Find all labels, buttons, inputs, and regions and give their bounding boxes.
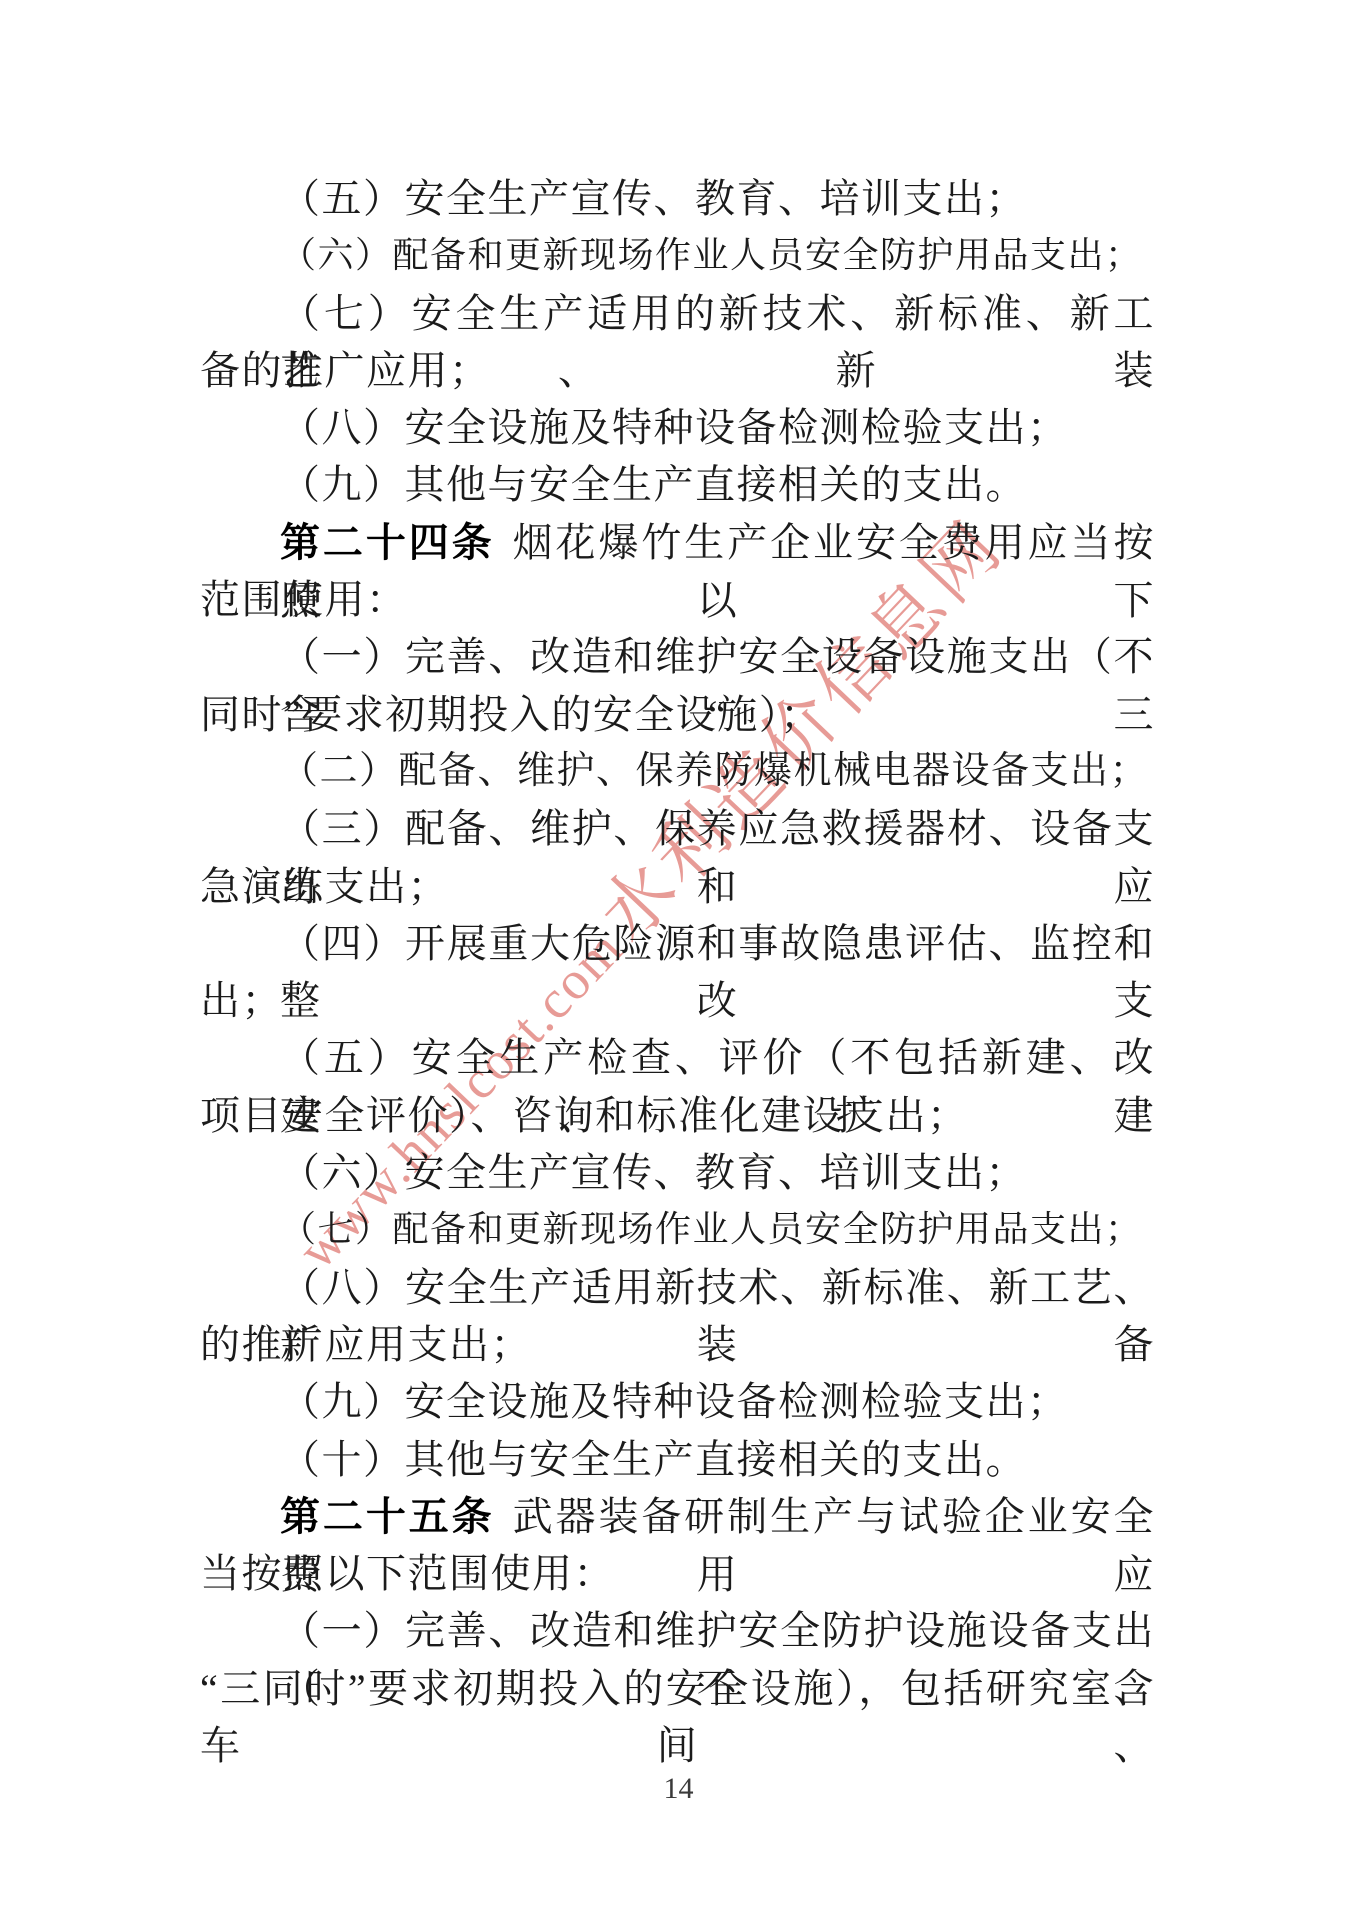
text-line: （三）配备、维护、保养应急救援器材、设备支出和应: [200, 800, 1155, 857]
text-line: （五）安全生产宣传、教育、培训支出；: [200, 170, 1155, 227]
text-line: “三同时”要求初期投入的安全设施），包括研究室、车间、: [200, 1660, 1155, 1717]
text-line: （六）安全生产宣传、教育、培训支出；: [200, 1144, 1155, 1201]
text-line: （七）配备和更新现场作业人员安全防护用品支出；: [200, 1201, 1155, 1258]
text-line: （一）完善、改造和维护安全设备设施支出（不含“三: [200, 628, 1155, 685]
text-line: （八）安全生产适用新技术、新标准、新工艺、新装备: [200, 1259, 1155, 1316]
text-line: （九）其他与安全生产直接相关的支出。: [200, 456, 1155, 513]
text-block: （五）安全生产宣传、教育、培训支出；（六）配备和更新现场作业人员安全防护用品支出…: [200, 170, 1155, 1717]
text-line: （一）完善、改造和维护安全防护设施设备支出（不含: [200, 1602, 1155, 1659]
article-number: 第二十四条: [280, 521, 495, 565]
text-line: （二）配备、维护、保养防爆机械电器设备支出；: [200, 743, 1155, 800]
text-line: （九）安全设施及特种设备检测检验支出；: [200, 1373, 1155, 1430]
text-line: （八）安全设施及特种设备检测检验支出；: [200, 399, 1155, 456]
text-line: （十）其他与安全生产直接相关的支出。: [200, 1431, 1155, 1488]
text-line: 第二十四条烟花爆竹生产企业安全费用应当按照以下: [200, 514, 1155, 571]
page-number: 14: [0, 1772, 1357, 1806]
text-line: （五）安全生产检查、评价（不包括新建、改建、扩建: [200, 1029, 1155, 1086]
text-line: （四）开展重大危险源和事故隐患评估、监控和整改支: [200, 915, 1155, 972]
document-page: www.hnslcost.com水利造价信息网 （五）安全生产宣传、教育、培训支…: [0, 0, 1357, 1920]
text-line: 第二十五条武器装备研制生产与试验企业安全费用应: [200, 1488, 1155, 1545]
text-line: （六）配备和更新现场作业人员安全防护用品支出；: [200, 227, 1155, 284]
text-line: （七）安全生产适用的新技术、新标准、新工艺、新装: [200, 285, 1155, 342]
article-number: 第二十五条: [280, 1495, 495, 1539]
